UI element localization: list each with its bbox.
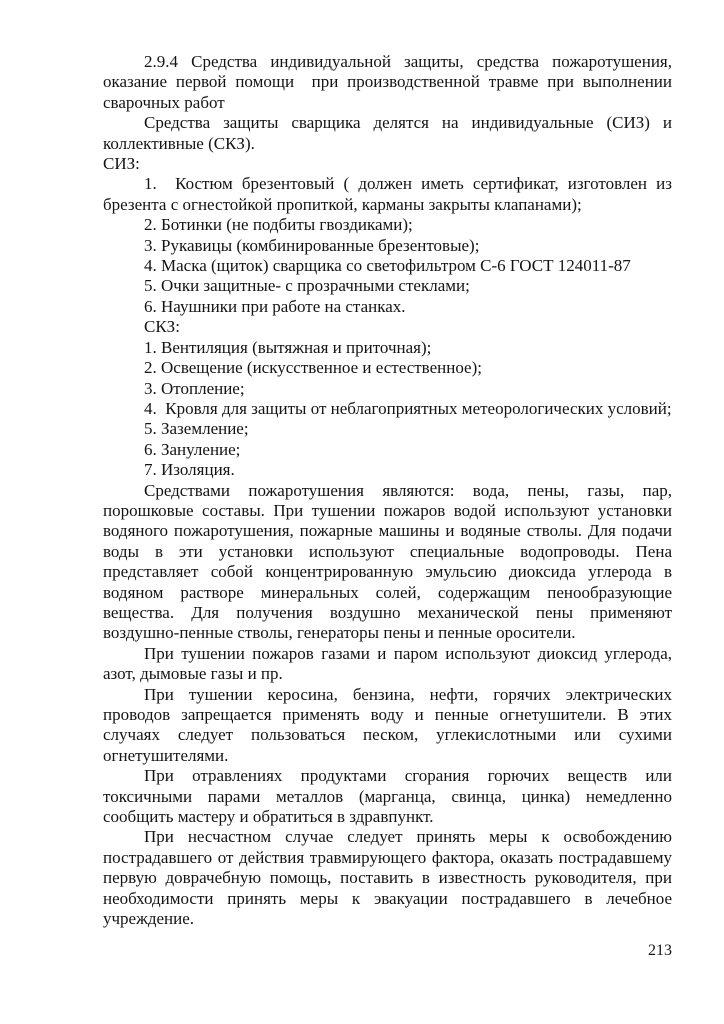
paragraph-poisoning: При отравлениях продуктами сгорания горю… (103, 766, 672, 827)
siz-item-2: 2. Ботинки (не подбиты гвоздиками); (103, 215, 672, 235)
paragraph-accident: При несчастном случае следует принять ме… (103, 827, 672, 929)
skz-item-1: 1. Вентиляция (вытяжная и приточная); (103, 338, 672, 358)
document-page: 2.9.4 Средства индивидуальной защиты, ср… (0, 0, 724, 1024)
skz-item-5: 5. Заземление; (103, 419, 672, 439)
label-siz: СИЗ: (103, 154, 672, 174)
siz-item-4: 4. Маска (щиток) сварщика со светофильтр… (103, 256, 672, 276)
siz-item-5: 5. Очки защитные- с прозрачными стеклами… (103, 276, 672, 296)
page-number: 213 (648, 942, 672, 959)
skz-item-4: 4. Кровля для защиты от неблагоприятных … (103, 399, 672, 419)
siz-item-6: 6. Наушники при работе на станках. (103, 297, 672, 317)
paragraph-fire-extinguishing: Средствами пожаротушения являются: вода,… (103, 481, 672, 644)
skz-item-3: 3. Отопление; (103, 379, 672, 399)
label-skz: СКЗ: (103, 317, 672, 337)
paragraph-gas-steam: При тушении пожаров газами и паром испол… (103, 644, 672, 685)
skz-item-2: 2. Освещение (искусственное и естественн… (103, 358, 672, 378)
section-heading: 2.9.4 Средства индивидуальной защиты, ср… (103, 52, 672, 113)
document-content: 2.9.4 Средства индивидуальной защиты, ср… (103, 52, 672, 929)
skz-item-6: 6. Зануление; (103, 440, 672, 460)
siz-item-3: 3. Рукавицы (комбинированные брезентовые… (103, 236, 672, 256)
page-footer: 213 (103, 941, 672, 961)
skz-item-7: 7. Изоляция. (103, 460, 672, 480)
paragraph-kerosene: При тушении керосина, бензина, нефти, го… (103, 685, 672, 767)
paragraph-intro: Средства защиты сварщика делятся на инди… (103, 113, 672, 154)
siz-item-1: 1. Костюм брезентовый ( должен иметь сер… (103, 174, 672, 215)
